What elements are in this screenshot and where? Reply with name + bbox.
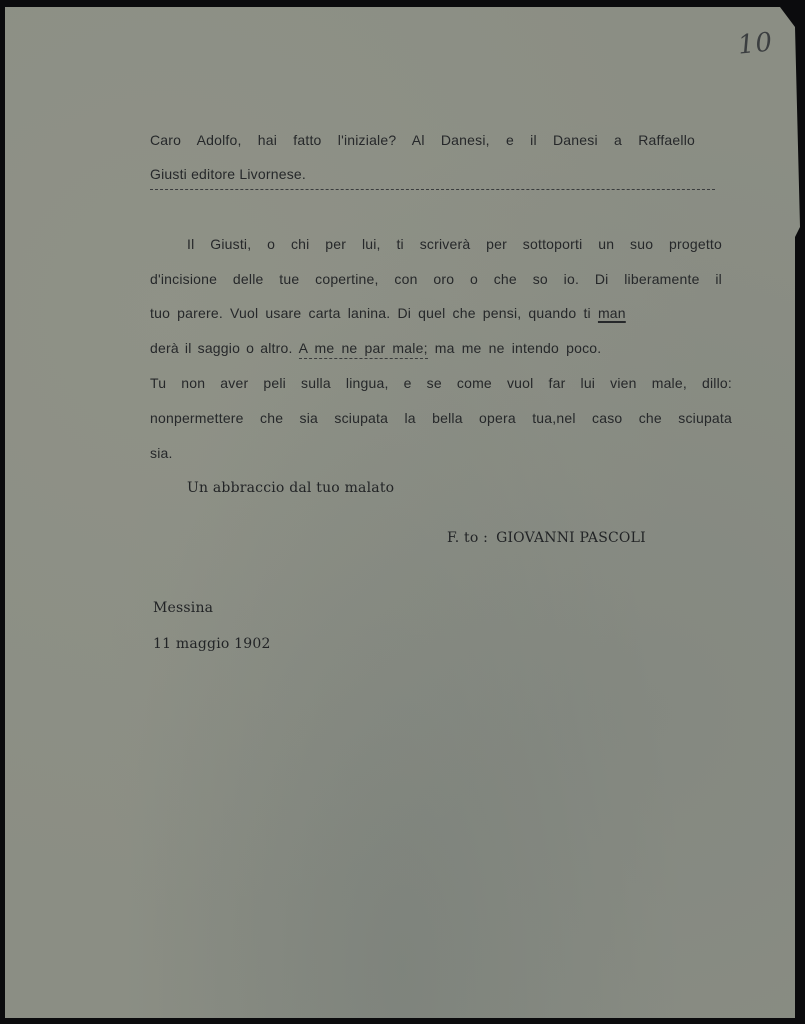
body-line-7: sia. [150,445,173,461]
dashed-separator [150,189,715,190]
page-number: 10 [737,27,775,61]
body-line-4-text-c: ma me ne intendo poco. [428,340,602,356]
signature-name: GIOVANNI PASCOLI [496,530,646,546]
header-line-2: Giusti editore Livornese. [150,166,306,182]
body-line-4-text-a: derà il saggio o altro. [150,340,299,356]
closing-line: Un abbraccio dal tuo malato [187,480,394,496]
underlined-phrase: A me ne par male; [299,340,428,359]
body-line-6: nonpermettere che sia sciupata la bella … [150,410,732,426]
body-line-3-text: tuo parere. Vuol usare carta lanina. Di … [150,305,598,321]
signature: F. to :GIOVANNI PASCOLI [447,530,646,546]
header-line-1: Caro Adolfo, hai fatto l'iniziale? Al Da… [150,132,695,148]
letter-page: 10 [5,7,800,1018]
body-line-4: derà il saggio o altro. A me ne par male… [150,340,601,356]
place: Messina [153,600,213,616]
body-line-5: Tu non aver peli sulla lingua, e se come… [150,375,732,391]
body-line-2: d'incisione delle tue copertine, con oro… [150,271,722,287]
body-line-1: Il Giusti, o chi per lui, ti scriverà pe… [187,236,722,252]
body-line-3: tuo parere. Vuol usare carta lanina. Di … [150,305,722,321]
underlined-syllable: man [598,305,626,321]
signature-prefix: F. to : [447,530,488,546]
date: 11 maggio 1902 [153,636,271,652]
